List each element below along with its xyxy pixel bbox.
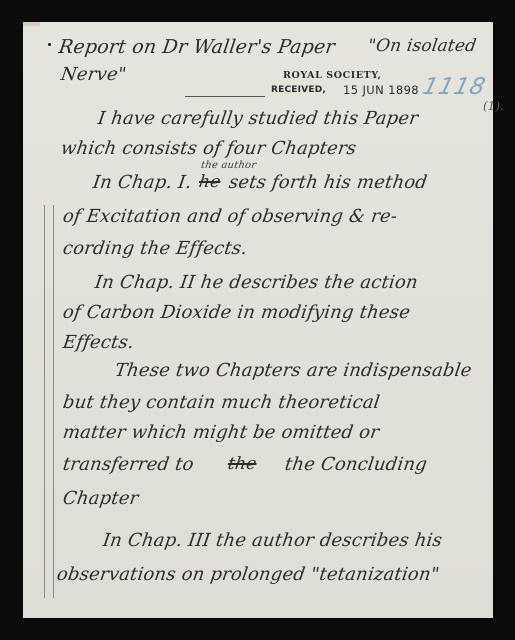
body-line-2: which consists of four Chapters — [60, 138, 358, 159]
body-line-1: I have carefully studied this Paper — [97, 108, 420, 129]
margin-rule-left — [44, 205, 45, 598]
insertion-the-author: the author — [200, 160, 257, 171]
body-line-6: In Chap. II he describes the action — [94, 272, 420, 293]
body-line-12-end: the Concluding — [284, 454, 429, 475]
body-line-9: These two Chapters are indispensable — [114, 360, 474, 381]
body-line-13: Chapter — [62, 488, 140, 509]
body-line-12-start: transferred to — [62, 454, 196, 475]
body-line-3-end: sets forth his method — [228, 172, 429, 193]
body-line-3-start: In Chap. I. — [92, 172, 193, 193]
struck-word-the: the — [227, 454, 258, 474]
page-number-mark: (1). — [483, 99, 504, 113]
royal-society-stamp-title: ROYAL SOCIETY, — [283, 70, 381, 81]
stamp-received-date: 15 JUN 1898 — [343, 83, 419, 97]
body-line-7: of Carbon Dioxide in modifying these — [62, 302, 412, 323]
body-line-10: but they contain much theoretical — [62, 392, 382, 413]
paper-tab — [23, 22, 40, 26]
body-line-8: Effects. — [62, 332, 136, 353]
report-heading-quote: "On isolated — [367, 36, 478, 56]
struck-word-he: he — [198, 172, 222, 192]
report-heading-line1: Report on Dr Waller's Paper — [57, 36, 336, 58]
stamp-received-label: RECEIVED, — [271, 85, 326, 95]
body-line-5: cording the Effects. — [62, 238, 249, 259]
manuscript-page: Report on Dr Waller's Paper "On isolated… — [23, 22, 493, 618]
body-line-11: matter which might be omitted or — [62, 422, 381, 443]
ink-dot — [48, 43, 51, 46]
report-heading-line2: Nerve" — [60, 64, 128, 85]
body-line-4: of Excitation and of observing & re- — [62, 206, 399, 227]
body-line-14: In Chap. III the author describes his — [102, 530, 444, 551]
margin-rule-right — [53, 205, 54, 598]
stamp-rule — [185, 96, 265, 97]
reference-number: 1118 — [420, 74, 489, 100]
body-line-15: observations on prolonged "tetanization" — [56, 564, 441, 585]
